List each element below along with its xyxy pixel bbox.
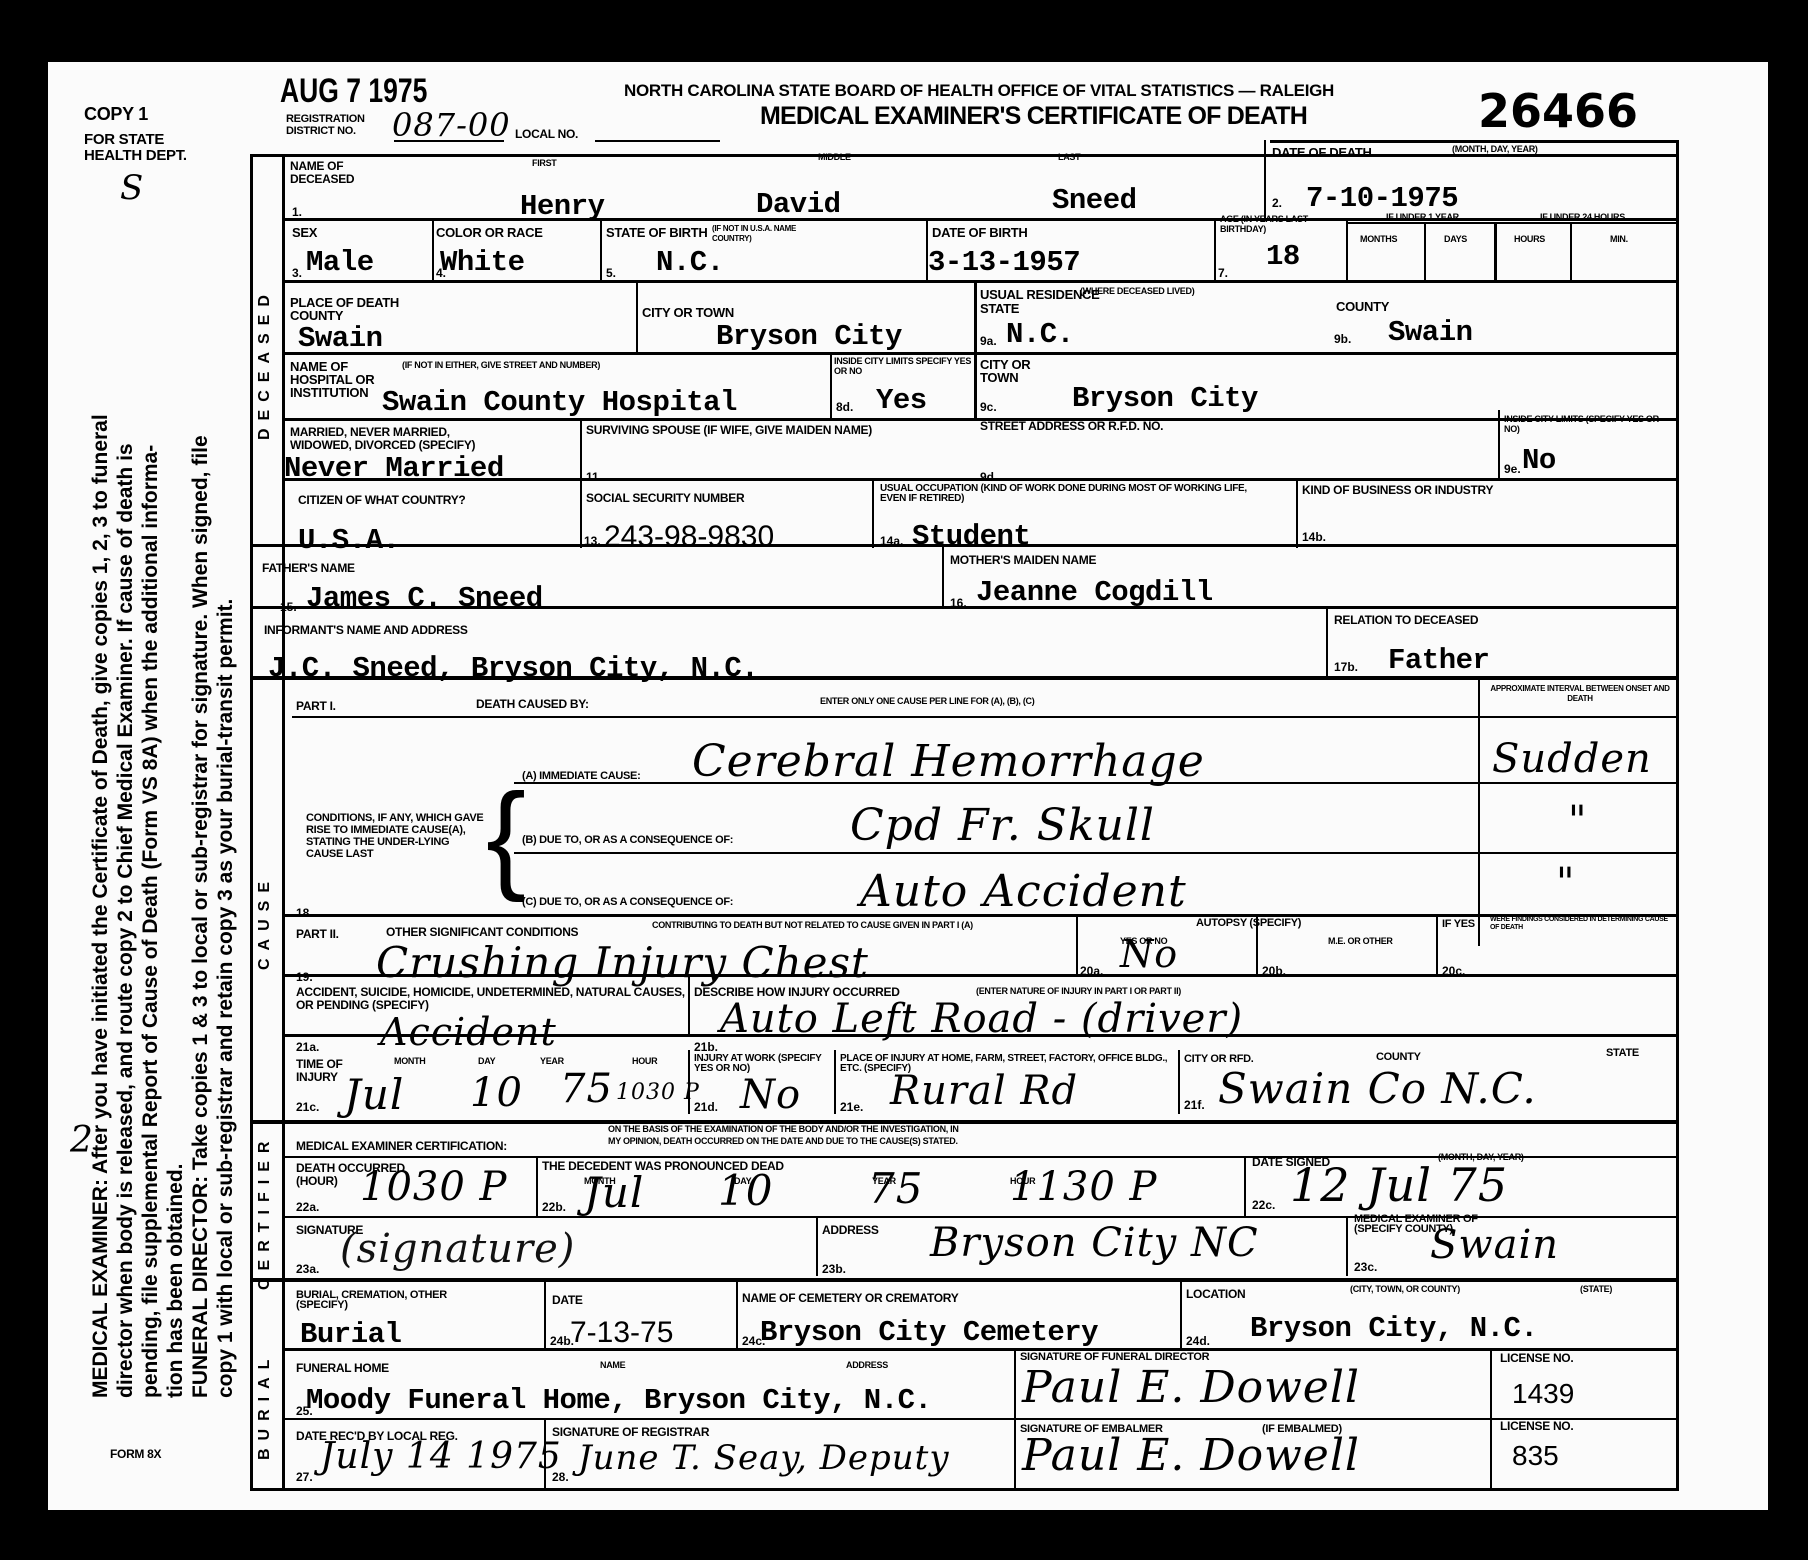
caused-by-label: DEATH CAUSED BY: <box>476 698 589 711</box>
injury-year-label: YEAR <box>540 1056 564 1066</box>
injury-city-label: CITY OR RFD. <box>1184 1054 1254 1064</box>
consequence-c-label: (c) DUE TO, OR AS A CONSEQUENCE OF: <box>522 896 733 909</box>
part-2-label: PART II. <box>296 928 339 941</box>
divider <box>544 1280 546 1350</box>
field-22c: 22c. <box>1252 1198 1275 1212</box>
hospital-label: NAME OF HOSPITAL OR INSTITUTION <box>290 360 385 399</box>
divider <box>1214 218 1216 280</box>
me-other-label: M.E. OR OTHER <box>1328 936 1393 946</box>
field-9b: 9b. <box>1334 332 1351 346</box>
divider <box>544 1418 546 1490</box>
frame-bottom <box>250 1488 1679 1491</box>
residence-city: Bryson City <box>1072 382 1258 415</box>
field-27: 27. <box>296 1470 313 1484</box>
divider <box>736 1280 738 1350</box>
social-security-number: 243-98-9830 <box>604 520 774 554</box>
residence-state-label: STATE <box>980 302 1019 315</box>
copy-for: FOR STATE <box>84 133 164 146</box>
race-label: COLOR or RACE <box>436 226 543 239</box>
injury-at-work-label: INJURY AT WORK (SPECIFY YES OR NO) <box>694 1054 824 1074</box>
divider <box>536 1156 538 1218</box>
pronounced-year: 75 <box>868 1164 923 1213</box>
citizenship: U.S.A. <box>298 524 399 557</box>
findings-label: WERE FINDINGS CONSIDERED IN DETERMINING … <box>1490 916 1670 932</box>
state-of-birth-note: (IF NOT IN U.S.A. NAME COUNTRY) <box>712 224 822 244</box>
relation-label: RELATION TO DECEASED <box>1334 614 1478 627</box>
autopsy-label: AUTOPSY (SPECIFY) <box>1196 918 1301 928</box>
director-license-label: LICENSE NO. <box>1500 1352 1573 1365</box>
divider <box>600 218 602 280</box>
field-9a: 9a. <box>980 334 997 348</box>
min-label: MIN. <box>1610 234 1628 244</box>
field-3: 3. <box>292 266 302 280</box>
row-line <box>1346 222 1678 224</box>
last-name: Sneed <box>1052 184 1137 217</box>
section-cause: CAUSE <box>256 860 274 970</box>
consequence-b: Cpd Fr. Skull <box>850 800 1155 851</box>
injury-at-work: No <box>740 1072 801 1118</box>
under-24-hours-label: IF UNDER 24 HOURS <box>1540 212 1625 222</box>
field-24d: 24d. <box>1186 1334 1210 1348</box>
me-certification-label: MEDICAL EXAMINER CERTIFICATION: <box>296 1140 507 1153</box>
conditions-label: CONDITIONS, IF ANY, WHICH GAVE RISE TO I… <box>306 812 486 860</box>
field-18: 18. <box>296 906 313 920</box>
frame-section-divider <box>282 155 285 1490</box>
hours-label: HOURS <box>1514 234 1545 244</box>
certificate-number: 26466 <box>1478 84 1638 138</box>
field-5: 5. <box>606 266 616 280</box>
state-of-birth-label: STATE OF BIRTH <box>606 226 707 239</box>
instructions-block: MEDICAL EXAMINER: After you have initiat… <box>88 188 238 1398</box>
divider <box>1264 140 1266 218</box>
funeral-home-address-label: ADDRESS <box>846 1360 888 1370</box>
location-state-label: (STATE) <box>1580 1284 1612 1294</box>
consequence-b-interval: " <box>1568 798 1587 844</box>
race: White <box>440 246 525 279</box>
dob-label: DATE OF BIRTH <box>932 226 1028 239</box>
field-14b: 14b. <box>1302 530 1326 544</box>
part-1-label: PART I. <box>296 700 336 713</box>
date-of-death: 7-10-1975 <box>1306 182 1458 215</box>
conditions-brace: { <box>486 786 526 886</box>
local-no-label: LOCAL NO. <box>515 128 578 141</box>
divider <box>1424 222 1426 280</box>
field-21d: 21d. <box>694 1100 718 1114</box>
place-county: Swain <box>298 322 383 355</box>
divider <box>1494 222 1497 280</box>
row-line <box>514 782 1678 784</box>
consequence-b-label: (b) DUE TO, OR AS A CONSEQUENCE OF: <box>522 834 733 847</box>
burial-location: Bryson City, N.C. <box>1250 1312 1537 1345</box>
place-city-label: CITY OR TOWN <box>642 306 734 319</box>
row-line <box>282 1034 1678 1037</box>
residence-state: N.C. <box>1006 318 1074 351</box>
field-23c: 23c. <box>1354 1260 1377 1274</box>
injury-day-label: DAY <box>478 1056 495 1066</box>
injury-location: Swain Co N.C. <box>1218 1064 1537 1113</box>
frame-right <box>1676 140 1679 1490</box>
other-conditions: Crushing Injury Chest <box>376 938 869 987</box>
field-28: 28. <box>552 1470 569 1484</box>
section-deceased: DECEASED <box>256 270 274 440</box>
director-license: 1439 <box>1512 1378 1574 1410</box>
citizen-label: CITIZEN OF WHAT COUNTRY? <box>298 494 465 507</box>
field-17b: 17b. <box>1334 660 1358 674</box>
mother-maiden-name: Jeanne Cogdill <box>976 576 1213 609</box>
me-certification-text-2: MY OPINION, DEATH OCCURRED ON THE DATE A… <box>608 1136 958 1146</box>
street-label: STREET ADDRESS OR R.F.D. NO. <box>980 420 1163 433</box>
row-line <box>282 478 1678 481</box>
section-burial: BURIAL <box>256 1340 274 1460</box>
divider <box>1076 914 1078 976</box>
relation: Father <box>1388 644 1489 677</box>
instructions-line-4: tion has been obtained. <box>163 188 188 1398</box>
frame-left <box>250 155 253 1490</box>
hospital-note: (IF NOT IN EITHER, GIVE STREET AND NUMBE… <box>402 360 600 370</box>
place-city: Bryson City <box>716 320 902 353</box>
father-name: James C. Sneed <box>306 582 543 615</box>
field-19: 19. <box>296 970 313 984</box>
registration-label: REGISTRATION DISTRICT NO. <box>286 113 396 137</box>
field-21f: 21f. <box>1184 1098 1205 1112</box>
instructions-line-5: FUNERAL DIRECTOR: Take copies 1 & 3 to l… <box>188 188 213 1398</box>
field-22b: 22b. <box>542 1200 566 1214</box>
interval-label: APPROXIMATE INTERVAL BETWEEN ONSET AND D… <box>1490 684 1670 704</box>
months-label: MONTHS <box>1360 234 1397 244</box>
divider <box>1478 678 1480 946</box>
row-line <box>282 1418 1678 1420</box>
instructions-line-3: pending, file supplemental Report of Cau… <box>138 188 163 1398</box>
injury-year: 75 <box>560 1066 613 1112</box>
divider <box>816 1218 818 1276</box>
me-certification-text-1: ON THE BASIS OF THE EXAMINATION OF THE B… <box>608 1124 959 1134</box>
section-certifier: CERTIFIER <box>256 1140 274 1290</box>
row-line <box>514 852 1678 854</box>
field-1: 1. <box>292 205 302 219</box>
margin-mark-2: 2 <box>70 1120 93 1161</box>
row-line <box>292 716 1678 718</box>
if-yes-label: IF YES <box>1442 918 1475 931</box>
location-note: (CITY, TOWN, OR COUNTY) <box>1350 1284 1460 1294</box>
embalmer-license-label: LICENSE NO. <box>1500 1420 1573 1433</box>
examiner-signature: (signature) <box>340 1226 575 1272</box>
mother-label: MOTHER'S MAIDEN NAME <box>950 554 1096 567</box>
date-received: July 14 1975 <box>320 1436 562 1477</box>
director-signature: Paul E. Dowell <box>1022 1362 1360 1413</box>
residence-county-label: COUNTY <box>1336 300 1389 313</box>
res-inside-limits-label: INSIDE CITY LIMITS (SPECIFY YES OR NO) <box>1504 414 1664 434</box>
age: 18 <box>1266 240 1300 273</box>
form-number: FORM 8X <box>110 1448 161 1461</box>
spouse-label: SURVIVING SPOUSE (IF WIFE, GIVE MAIDEN N… <box>586 424 872 437</box>
divider <box>834 1050 836 1114</box>
residence-city-label: CITY OR TOWN <box>980 358 1040 384</box>
divider <box>830 352 832 420</box>
director-signature-label: SIGNATURE OF FUNERAL DIRECTOR <box>1020 1352 1209 1362</box>
divider <box>1326 606 1328 678</box>
manner-of-death: Accident <box>380 1010 557 1054</box>
divider <box>1178 1050 1180 1114</box>
injury-month: Jul <box>344 1070 404 1119</box>
row-line <box>250 676 1678 680</box>
other-conditions-note: CONTRIBUTING TO DEATH BUT NOT RELATED TO… <box>652 920 1052 930</box>
field-22a: 22a. <box>296 1200 319 1214</box>
divider <box>688 1050 690 1114</box>
hospital: Swain County Hospital <box>382 386 737 419</box>
funeral-home: Moody Funeral Home, Bryson City, N.C. <box>306 1384 931 1417</box>
divider <box>1346 1218 1348 1276</box>
res-inside-limits: No <box>1522 444 1556 477</box>
frame-top <box>250 154 1679 157</box>
days-label: DAYS <box>1444 234 1467 244</box>
residence-note: (WHERE DECEASED LIVED) <box>1080 286 1194 296</box>
row-line <box>282 352 1678 355</box>
field-8d: 8d. <box>836 400 853 414</box>
how-injury-note: (ENTER NATURE OF INJURY IN PART I OR PAR… <box>976 986 1181 996</box>
row-line <box>250 606 1678 609</box>
place-county-label: PLACE OF DEATH COUNTY <box>290 296 400 322</box>
injury-day: 10 <box>470 1070 523 1116</box>
row-line <box>282 280 1678 283</box>
residence-county: Swain <box>1388 316 1473 349</box>
frame-top-right <box>1270 140 1679 143</box>
divider <box>1244 1156 1246 1218</box>
instructions-line-1: MEDICAL EXAMINER: After you have initiat… <box>88 188 113 1398</box>
copy-label: COPY 1 <box>84 108 148 121</box>
divider <box>974 280 977 420</box>
injury-month-label: MONTH <box>394 1056 426 1066</box>
registration-underline <box>394 140 504 142</box>
instructions-line-2: director when body is released, and rout… <box>113 188 138 1398</box>
row-line <box>282 974 1678 977</box>
field-7: 7. <box>1218 266 1228 280</box>
pronounced-hour: 1130 P <box>1010 1164 1157 1210</box>
me-county: Swain <box>1430 1222 1559 1268</box>
divider <box>1180 1280 1182 1350</box>
row-line <box>250 1120 1678 1124</box>
field-21b: 21b. <box>694 1040 718 1054</box>
field-9e: 9e. <box>1504 462 1521 476</box>
sex-label: SEX <box>292 226 317 239</box>
immediate-cause-interval: Sudden <box>1492 736 1652 782</box>
age-label: AGE (IN YEARS LAST BIRTHDAY) <box>1220 214 1316 234</box>
burial-date: 7-13-75 <box>570 1316 673 1350</box>
date-of-birth: 3-13-1957 <box>928 246 1080 279</box>
divider <box>636 280 638 354</box>
marital-label: MARRIED, NEVER MARRIED, WIDOWED, DIVORCE… <box>290 426 510 452</box>
occupation-label: USUAL OCCUPATION (KIND OF WORK DONE DURI… <box>880 484 1270 504</box>
burial-date-label: DATE <box>552 1294 583 1307</box>
informant-label: INFORMANT'S NAME AND ADDRESS <box>264 624 468 637</box>
state-of-birth: N.C. <box>656 246 724 279</box>
field-9d: 9d. <box>980 470 997 484</box>
date-of-death-label: DATE OF DEATH <box>1272 146 1372 159</box>
father-label: FATHER'S NAME <box>262 562 355 575</box>
death-occurred-hour: 1030 P <box>360 1164 507 1210</box>
agency-name: NORTH CAROLINA STATE BOARD OF HEALTH OFF… <box>624 84 1334 97</box>
business-label: KIND OF BUSINESS OR INDUSTRY <box>1302 484 1493 497</box>
middle-label: MIDDLE <box>818 152 851 162</box>
inside-limits: Yes <box>876 384 927 417</box>
disposition-label: BURIAL, CREMATION, OTHER (SPECIFY) <box>296 1290 486 1310</box>
inside-limits-label: INSIDE CITY LIMITS SPECIFY YES OR NO <box>834 356 974 376</box>
divider <box>1498 410 1500 480</box>
field-21e: 21e. <box>840 1100 863 1114</box>
field-21a: 21a. <box>296 1040 319 1054</box>
divider <box>942 544 944 608</box>
first-label: FIRST <box>532 158 557 168</box>
divider <box>688 974 690 1034</box>
date-signed: 12 Jul 75 <box>1290 1158 1508 1212</box>
informant: J.C. Sneed, Bryson City, N.C. <box>268 652 758 685</box>
sex: Male <box>306 246 374 279</box>
injury-hour-label: HOUR <box>632 1056 657 1066</box>
registrar-signature: June T. Seay, Deputy <box>578 1438 950 1478</box>
divider <box>872 478 874 548</box>
divider <box>1570 222 1572 280</box>
date-format-label: (MONTH, DAY, YEAR) <box>1452 144 1538 154</box>
consequence-c-interval: " <box>1556 860 1575 906</box>
one-cause-note: ENTER ONLY ONE CAUSE PER LINE FOR (a), (… <box>820 696 1034 706</box>
last-label: LAST <box>1058 152 1080 162</box>
place-of-injury: Rural Rd <box>890 1068 1078 1114</box>
field-23b: 23b. <box>822 1262 846 1276</box>
divider <box>1346 218 1348 280</box>
field-21c: 21c. <box>296 1100 319 1114</box>
row-line <box>250 1278 1678 1282</box>
registration-number: 087-00 <box>392 106 511 144</box>
divider <box>1436 914 1438 976</box>
divider <box>1296 478 1298 548</box>
funeral-home-name-label: NAME <box>600 1360 625 1370</box>
manner-label: ACCIDENT, SUICIDE, HOMICIDE, UNDETERMINE… <box>296 986 696 1012</box>
disposition: Burial <box>300 1318 401 1351</box>
field-11: 11. <box>586 470 602 484</box>
field-23a: 23a. <box>296 1262 319 1276</box>
divider <box>1256 914 1258 976</box>
under-1-year-label: IF UNDER 1 YEAR <box>1386 212 1459 222</box>
middle-name: David <box>756 188 841 221</box>
cemetery-name: Bryson City Cemetery <box>760 1316 1098 1349</box>
injury-county-label: COUNTY <box>1376 1052 1421 1062</box>
address-label: ADDRESS <box>822 1224 879 1237</box>
location-label: LOCATION <box>1186 1288 1245 1301</box>
row-line <box>250 544 1678 547</box>
injury-state-label: STATE <box>1606 1048 1639 1058</box>
occupation: Student <box>912 520 1030 553</box>
row-line <box>282 914 1678 917</box>
name-label: NAME OF DECEASED <box>290 160 370 186</box>
immediate-cause: Cerebral Hemorrhage <box>692 736 1205 787</box>
consequence-c: Auto Accident <box>860 866 1187 917</box>
divider <box>432 218 434 280</box>
embalmer-license: 835 <box>1512 1440 1559 1472</box>
row-line <box>282 218 1678 221</box>
local-no-underline <box>595 140 720 142</box>
pronounced-day: 10 <box>718 1166 773 1215</box>
autopsy: No <box>1120 932 1178 976</box>
cemetery-label: NAME OF CEMETERY OR CREMATORY <box>742 1292 958 1305</box>
funeral-home-label: FUNERAL HOME <box>296 1362 389 1375</box>
row-line <box>282 1348 1678 1351</box>
field-9c: 9c. <box>980 400 997 414</box>
ssn-label: SOCIAL SECURITY NUMBER <box>586 492 744 505</box>
instructions-line-6: copy 1 with local or sub-registrar and r… <box>213 188 238 1398</box>
divider <box>580 478 582 548</box>
pronounced-month: Jul <box>584 1168 644 1217</box>
copy-for-dept: HEALTH DEPT. <box>84 149 187 162</box>
examiner-address: Bryson City NC <box>930 1220 1259 1266</box>
certificate-title: MEDICAL EXAMINER'S CERTIFICATE OF DEATH <box>760 104 1307 129</box>
field-2: 2. <box>1272 196 1282 210</box>
embalmer-signature: Paul E. Dowell <box>1022 1430 1360 1481</box>
